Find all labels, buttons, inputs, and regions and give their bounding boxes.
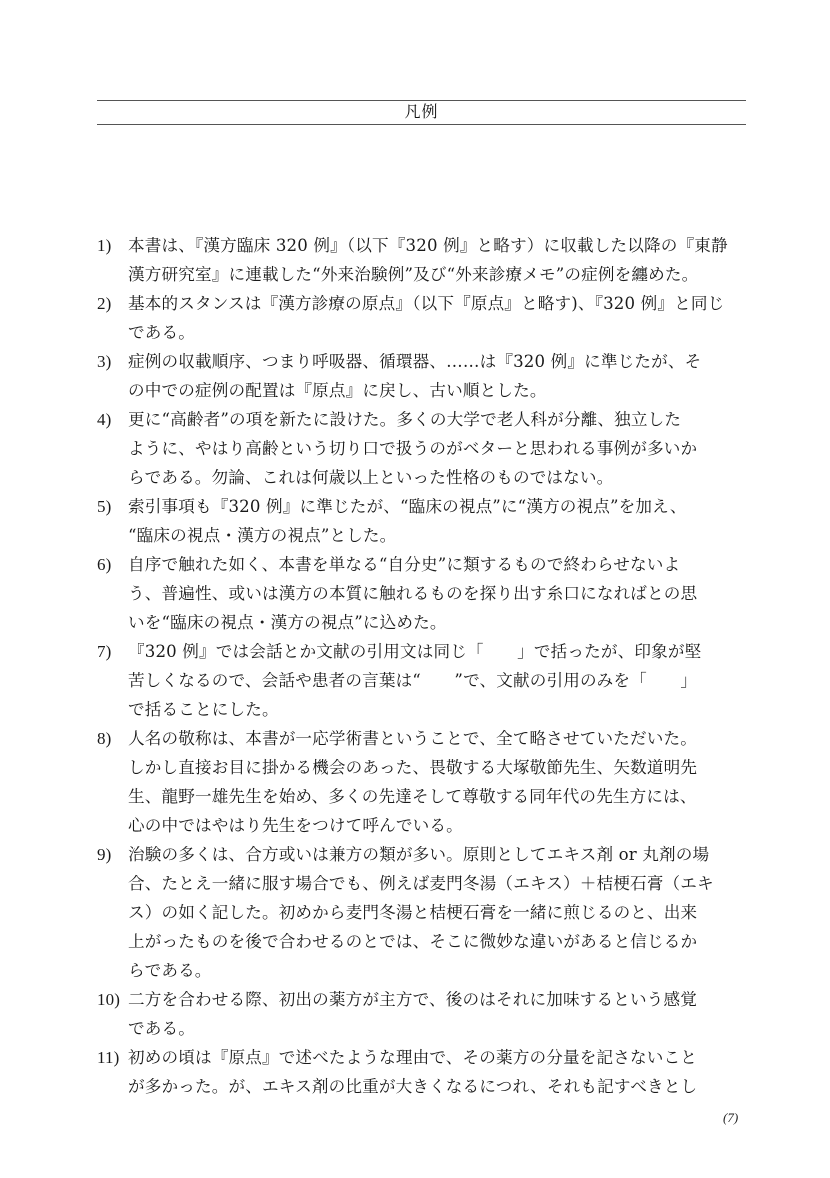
text-line: 更に“高齢者”の項を新たに設けた。多くの大学で老人科が分離、独立した [128,405,749,434]
header-bottom-rule [97,124,746,125]
legend-item: 2)基本的スタンスは『漢方診療の原点』（以下『原点』と略す)、『320 例』と同… [97,289,749,347]
text-line: 漢方研究室』に連載した“外来治験例”及び“外来診療メモ”の症例を纏めた。 [128,260,749,289]
legend-item: 11)初めの頃は『原点』で述べたような理由で、その薬方の分量を記さないことが多か… [97,1043,749,1101]
item-text: 索引事項も『320 例』に準じたが、“臨床の視点”に“漢方の視点”を加え、“臨床… [128,492,749,550]
item-text: 『320 例』では会話とか文献の引用文は同じ「 」で括ったが、印象が堅苦しくなる… [128,637,749,724]
item-text: 治験の多くは、合方或いは兼方の類が多い。原則としてエキス剤 or 丸剤の場合、た… [128,840,749,985]
text-line: 初めの頃は『原点』で述べたような理由で、その薬方の分量を記さないこと [128,1043,749,1072]
legend-item: 10)二方を合わせる際、初出の薬方が主方で、後のはそれに加味するという感覚である… [97,985,749,1043]
item-number: 4) [97,405,128,434]
document-page: 凡例 1)本書は、『漢方臨床 320 例』（以下『320 例』と略す）に収載した… [0,0,830,1178]
text-line: 『320 例』では会話とか文献の引用文は同じ「 」で括ったが、印象が堅 [128,637,749,666]
item-text: 症例の収載順序、つまり呼吸器、循環器、……は『320 例』に準じたが、その中での… [128,347,749,405]
item-text: 初めの頃は『原点』で述べたような理由で、その薬方の分量を記さないことが多かった。… [128,1043,749,1101]
legend-item: 3)症例の収載順序、つまり呼吸器、循環器、……は『320 例』に準じたが、その中… [97,347,749,405]
text-line: が多かった。が、エキス剤の比重が大きくなるにつれ、それも記すべきとし [128,1072,749,1101]
item-text: 基本的スタンスは『漢方診療の原点』（以下『原点』と略す)、『320 例』と同じで… [128,289,749,347]
text-line: 自序で触れた如く、本書を単なる“自分史”に類するもので終わらせないよ [128,550,749,579]
legend-item: 7)『320 例』では会話とか文献の引用文は同じ「 」で括ったが、印象が堅苦しく… [97,637,749,724]
item-number: 1) [97,231,128,260]
text-line: 索引事項も『320 例』に準じたが、“臨床の視点”に“漢方の視点”を加え、 [128,492,749,521]
legend-item: 8)人名の敬称は、本書が一応学術書ということで、全て略させていただいた。しかし直… [97,724,749,840]
legend-item: 5)索引事項も『320 例』に準じたが、“臨床の視点”に“漢方の視点”を加え、“… [97,492,749,550]
item-number: 6) [97,550,128,579]
page-title: 凡例 [97,101,746,123]
item-number: 8) [97,724,128,753]
text-line: ス）の如く記した。初めから麦門冬湯と桔梗石膏を一緒に煎じるのと、出来 [128,898,749,927]
legend-item: 9)治験の多くは、合方或いは兼方の類が多い。原則としてエキス剤 or 丸剤の場合… [97,840,749,985]
text-line: 二方を合わせる際、初出の薬方が主方で、後のはそれに加味するという感覚 [128,985,749,1014]
item-number: 9) [97,840,128,869]
item-text: 二方を合わせる際、初出の薬方が主方で、後のはそれに加味するという感覚である。 [128,985,749,1043]
text-line: 生、龍野一雄先生を始め、多くの先達そして尊敬する同年代の先生方には、 [128,782,749,811]
legend-item: 4)更に“高齢者”の項を新たに設けた。多くの大学で老人科が分離、独立したように、… [97,405,749,492]
item-number: 7) [97,637,128,666]
item-text: 自序で触れた如く、本書を単なる“自分史”に類するもので終わらせないよう、普遍性、… [128,550,749,637]
text-line: 治験の多くは、合方或いは兼方の類が多い。原則としてエキス剤 or 丸剤の場 [128,840,749,869]
text-line: ように、やはり高齢という切り口で扱うのがベターと思われる事例が多いか [128,434,749,463]
text-line: 本書は、『漢方臨床 320 例』（以下『320 例』と略す）に収載した以降の『東… [128,231,749,260]
legend-item: 1)本書は、『漢方臨床 320 例』（以下『320 例』と略す）に収載した以降の… [97,231,749,289]
text-line: いを“臨床の視点・漢方の視点”に込めた。 [128,608,749,637]
text-line: 苦しくなるので、会話や患者の言葉は“ ”で、文献の引用のみを「 」 [128,666,749,695]
text-line: 心の中ではやはり先生をつけて呼んでいる。 [128,811,749,840]
text-line: 症例の収載順序、つまり呼吸器、循環器、……は『320 例』に準じたが、そ [128,347,749,376]
item-number: 11) [97,1043,128,1072]
text-line: 上がったものを後で合わせるのとでは、そこに微妙な違いがあると信じるか [128,927,749,956]
text-line: 基本的スタンスは『漢方診療の原点』（以下『原点』と略す)、『320 例』と同じ [128,289,749,318]
item-text: 本書は、『漢方臨床 320 例』（以下『320 例』と略す）に収載した以降の『東… [128,231,749,289]
text-line: らである。勿論、これは何歳以上といった性格のものではない。 [128,463,749,492]
item-number: 2) [97,289,128,318]
text-line: 合、たとえ一緒に服す場合でも、例えば麦門冬湯（エキス）＋桔梗石膏（エキ [128,869,749,898]
text-line: らである。 [128,956,749,985]
item-number: 3) [97,347,128,376]
legend-item: 6)自序で触れた如く、本書を単なる“自分史”に類するもので終わらせないよう、普遍… [97,550,749,637]
item-number: 10) [97,985,128,1014]
text-line: “臨床の視点・漢方の視点”とした。 [128,521,749,550]
text-line: の中での症例の配置は『原点』に戻し、古い順とした。 [128,376,749,405]
legend-list: 1)本書は、『漢方臨床 320 例』（以下『320 例』と略す）に収載した以降の… [97,231,749,1101]
item-text: 人名の敬称は、本書が一応学術書ということで、全て略させていただいた。しかし直接お… [128,724,749,840]
page-number: (7) [723,1110,738,1126]
text-line: である。 [128,318,749,347]
text-line: で括ることにした。 [128,695,749,724]
item-number: 5) [97,492,128,521]
text-line: 人名の敬称は、本書が一応学術書ということで、全て略させていただいた。 [128,724,749,753]
item-text: 更に“高齢者”の項を新たに設けた。多くの大学で老人科が分離、独立したように、やは… [128,405,749,492]
text-line: う、普遍性、或いは漢方の本質に触れるものを探り出す糸口になればとの思 [128,579,749,608]
text-line: しかし直接お目に掛かる機会のあった、畏敬する大塚敬節先生、矢数道明先 [128,753,749,782]
text-line: である。 [128,1014,749,1043]
